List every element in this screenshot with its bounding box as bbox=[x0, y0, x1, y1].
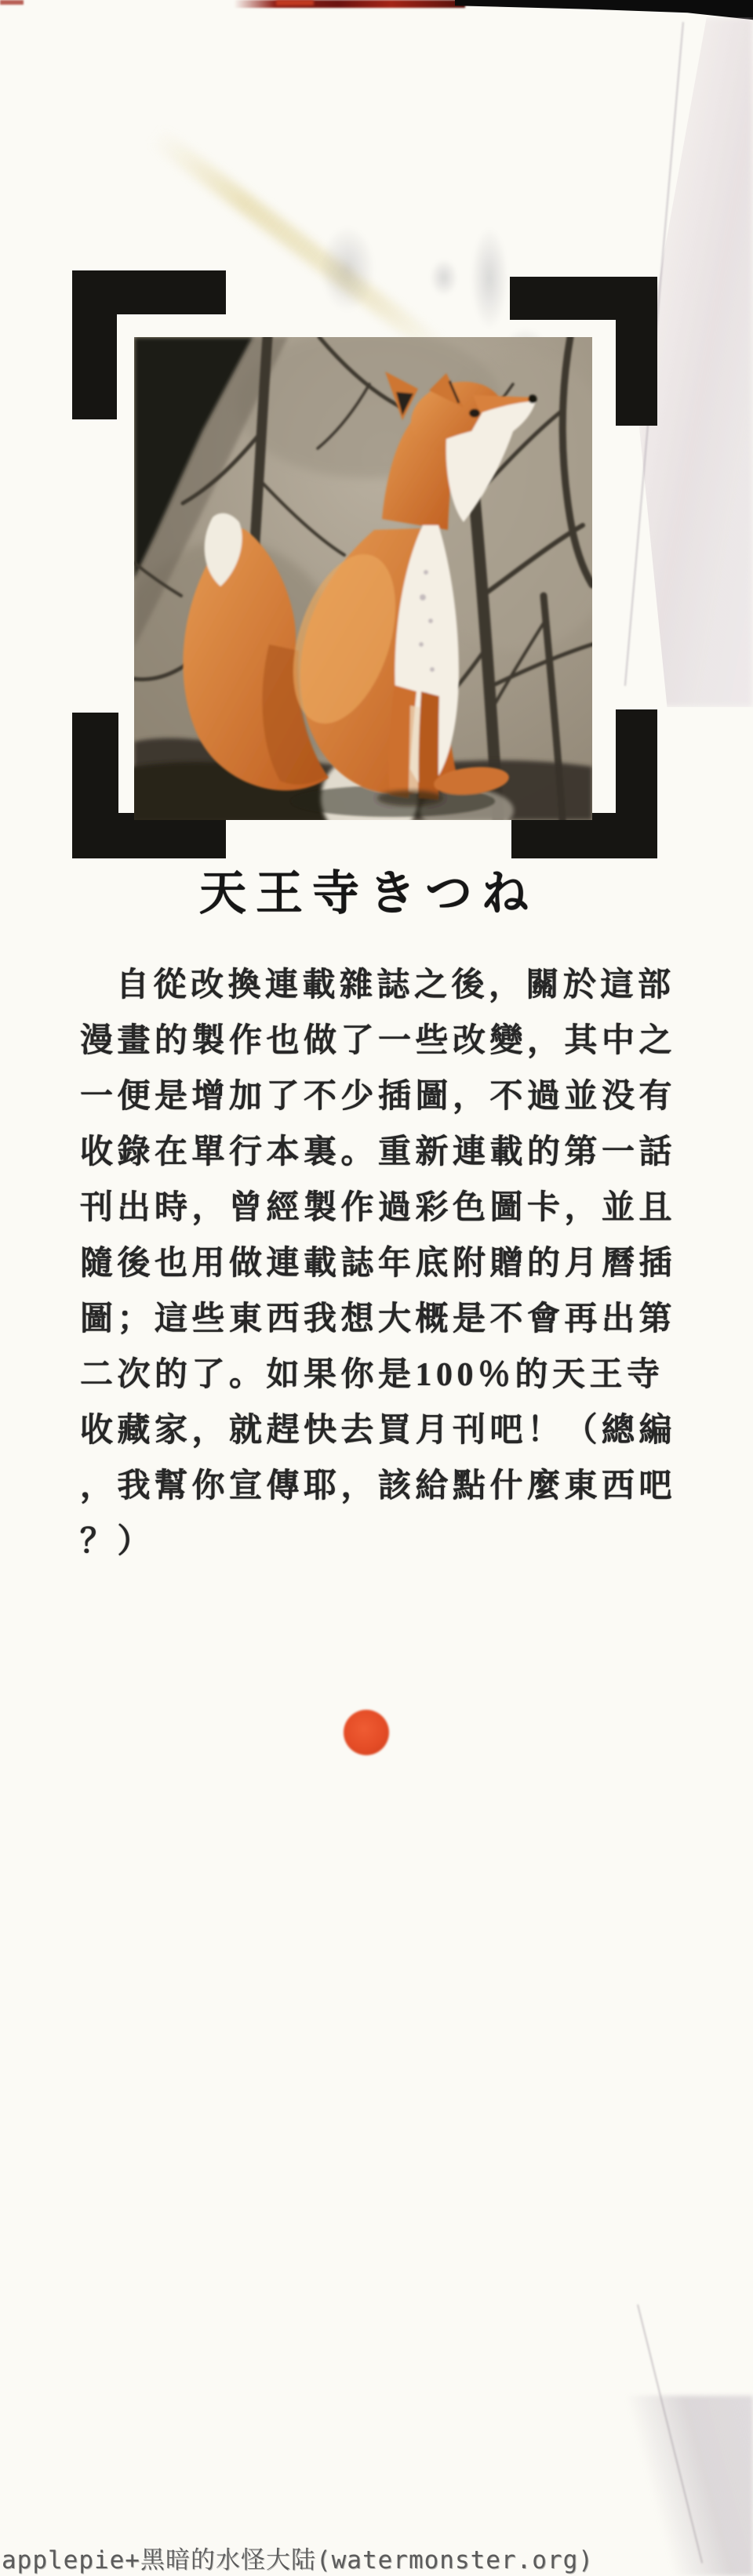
body-line: 圖；這些東西我想大概是不會再出第 bbox=[80, 1292, 708, 1348]
scan-edge-red-blob bbox=[276, 0, 314, 5]
fox-illustration bbox=[134, 337, 592, 820]
page-title: 天王寺きつね bbox=[0, 867, 737, 920]
body-line: 二次的了。如果你是100％的天王寺 bbox=[80, 1348, 708, 1403]
body-paragraph: 自從改換連載雜誌之後，關於這部 漫畫的製作也做了一些改變，其中之 一便是增加了不… bbox=[80, 958, 708, 1570]
body-line: ，我幫你宣傳耶，該給點什麼東西吧 bbox=[80, 1459, 708, 1515]
body-line: 漫畫的製作也做了一些改變，其中之 bbox=[80, 1014, 708, 1069]
body-line: 收藏家，就趕快去買月刊吧！（總編 bbox=[80, 1403, 708, 1459]
scan-edge-red-corner bbox=[0, 0, 24, 5]
body-line: 自從改換連載雜誌之後，關於這部 bbox=[80, 958, 708, 1014]
body-line: ？） bbox=[80, 1515, 708, 1570]
body-line: 收錄在單行本裏。重新連載的第一話 bbox=[80, 1125, 708, 1181]
body-line: 刊出時，曾經製作過彩色圖卡，並且 bbox=[80, 1181, 708, 1236]
scanned-page: 天王寺きつね 自從改換連載雜誌之後，關於這部 漫畫的製作也做了一些改變，其中之 … bbox=[0, 0, 753, 2576]
body-line: 隨後也用做連載誌年底附贈的月曆插 bbox=[80, 1236, 708, 1292]
scan-edge-red-strip bbox=[234, 0, 465, 8]
red-dot-marker bbox=[344, 1710, 389, 1755]
watermark-text: applepie+黑暗的水怪大陆(watermonster.org) bbox=[2, 2545, 751, 2576]
body-line: 一便是增加了不少插圖，不過並没有 bbox=[80, 1069, 708, 1125]
